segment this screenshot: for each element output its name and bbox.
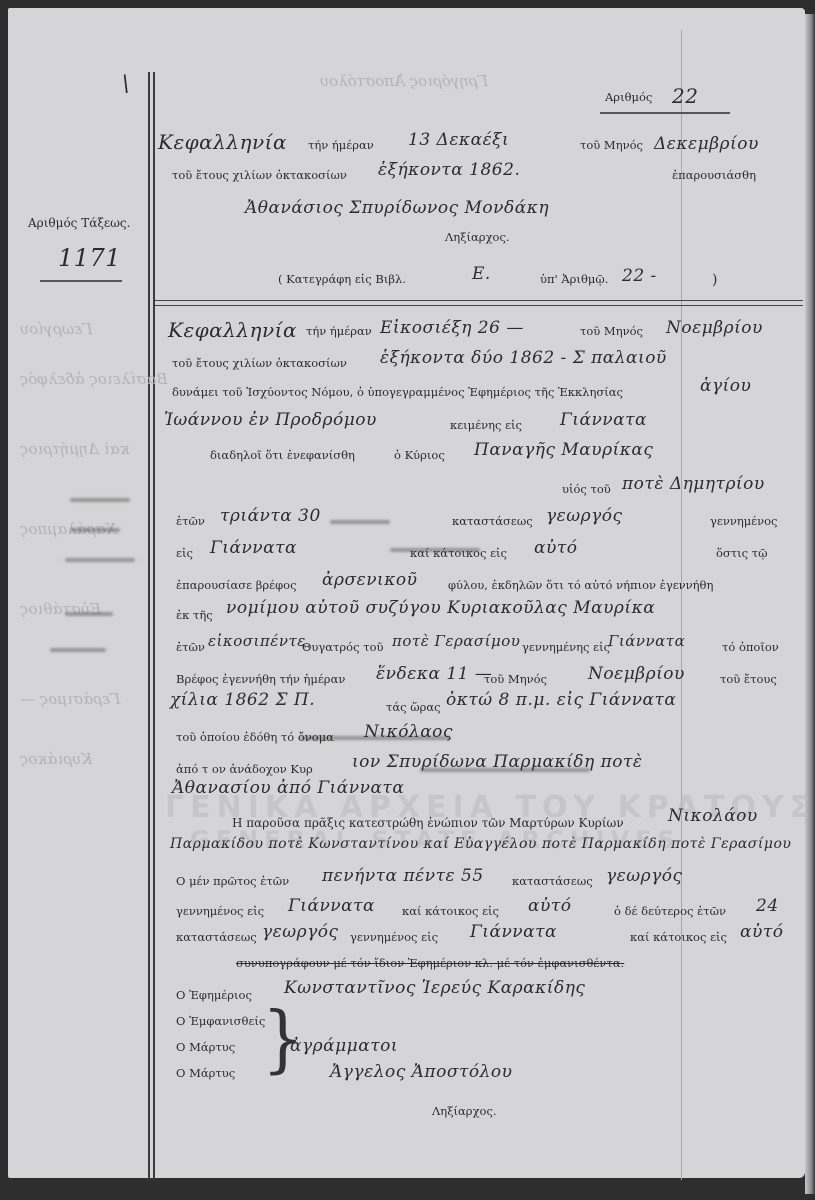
body-grandfather-name: ποτὲ Δημητρίου — [622, 474, 765, 494]
body-witness1-status-label: καταστάσεως — [512, 874, 593, 888]
header-month-value: Δεκεμβρίου — [654, 134, 759, 154]
body-witness1-born-value: Γιάννατα — [288, 896, 375, 916]
body-witness2-resident-value: αὐτό — [740, 922, 783, 942]
body-in-label: εἰς — [176, 546, 193, 560]
ink-smudge — [70, 528, 120, 532]
body-law-text: δυνάμει τοῦ Ἰσχύοντος Νόμου, ὁ ὑπογεγραμ… — [172, 385, 623, 399]
body-year-value: ἑξήκοντα δύο 1862 - Σ παλαιοῦ — [380, 348, 667, 368]
body-hour-label: τάς ὥρας — [386, 700, 441, 714]
registrar-signature: Ἀθανάσιος Σπυρίδωνος Μονδάκη — [245, 198, 549, 218]
section-divider — [155, 300, 803, 306]
bleed-through-text: Κυριάκος — [20, 750, 92, 768]
body-witness1-first: Νικολάου — [668, 806, 758, 826]
ink-smudge — [330, 520, 390, 524]
body-witness2-resident-label: καί κάτοικος εἰς — [630, 930, 727, 944]
body-day-value: Εἰκοσιέξη 26 — — [380, 318, 524, 338]
body-located-value: Γιάννατα — [560, 410, 647, 430]
witness2-label: Ο Μάρτυς — [176, 1066, 235, 1080]
ink-smudge — [50, 648, 106, 652]
body-godparent-name: ιον Σπυρίδωνα Παρμακίδη ποτὲ — [352, 752, 643, 772]
body-birthplace: Γιάννατα — [210, 538, 297, 558]
body-resident-value: αὐτό — [534, 538, 577, 558]
bleed-through-text: καὶ Δημήτριος — [20, 440, 130, 458]
body-daughter-label: Θυγατρός τοῦ — [302, 640, 383, 654]
ink-smudge — [65, 558, 135, 562]
serial-number-label: Αριθμός Τάξεως. — [28, 216, 130, 230]
body-mister-label: ὁ Κύριος — [394, 448, 445, 462]
body-witness1-born-label: γεννημένος εἰς — [176, 904, 264, 918]
body-status-label: καταστάσεως — [452, 514, 533, 528]
body-who-label: ὅστις τῷ — [716, 546, 767, 560]
appeared-label: Ο Ἐμφανισθείς — [176, 1014, 265, 1028]
body-year-label: τοῦ ἔτους χιλίων ὀκτακοσίων — [172, 356, 347, 370]
bleed-through-text: Βασίλειος ἀδελφός — [20, 370, 168, 388]
body-church-name: Ἰωάννου ἐν Προδρόμου — [164, 410, 377, 430]
body-month-label: τοῦ Μηνός — [580, 324, 643, 338]
registration-suffix: ) — [712, 272, 717, 288]
body-birth-year: χίλια 1862 Σ Π. — [170, 690, 315, 710]
priest-label: Ο Ἐφημέριος — [176, 988, 252, 1002]
body-struck-clause: συνυπογράφουν μέ τόν ἴδιον Ἐφημέριον κλ.… — [236, 956, 624, 970]
number-underline — [600, 112, 730, 114]
body-from-label: ἐκ τῆς — [176, 608, 213, 622]
body-located-label: κειμένης εἰς — [450, 418, 522, 432]
body-witness1-status-value: γεωργός — [606, 866, 683, 886]
body-witness-text: Η παροῦσα πρᾶξις κατεστρώθη ἐνώπιον τῶν … — [232, 816, 624, 830]
registrar-label-top: Ληξίαρχος. — [445, 230, 510, 244]
body-birth-date-label: Βρέφος ἐγεννήθη τήν ἡμέραν — [176, 672, 345, 686]
body-witness1-resident-label: καί κάτοικος εἰς — [402, 904, 499, 918]
record-number-value: 22 — [672, 84, 698, 108]
ink-smudge — [65, 612, 113, 616]
priest-signature: Κωνσταντῖνος Ἱερεύς Καρακίδης — [284, 978, 585, 998]
body-place: Κεφαλληνία — [168, 318, 297, 342]
header-month-label: τοῦ Μηνός — [580, 138, 643, 152]
body-witness2-age-label: ὁ δέ δεύτερος ἐτῶν — [614, 904, 726, 918]
header-day-label: τήν ήμέραν — [308, 138, 374, 152]
record-number-label: Αριθμός — [605, 90, 652, 104]
body-father-name: Παναγῆς Μαυρίκας — [474, 440, 653, 460]
body-witness2-status-value: γεωργός — [262, 922, 339, 942]
body-birth-year-label: τοῦ ἔτους — [720, 672, 777, 686]
body-resident-label: καί κάτοικος εἰς — [410, 546, 507, 560]
body-presented-label: ἐπαρουσίασε βρέφος — [176, 578, 297, 592]
header-day-value: 13 Δεκαέξι — [408, 130, 509, 150]
body-witness1-age-value: πενήντα πέντε 55 — [322, 866, 484, 886]
registration-book: Ε. — [472, 264, 491, 284]
body-mother-age-label: ἐτῶν — [176, 640, 205, 654]
body-child-name: Νικόλαος — [364, 722, 453, 742]
body-born-label: γεννημένος — [710, 514, 778, 528]
body-witness1-age-label: Ο μέν πρῶτος ἐτῶν — [176, 874, 289, 888]
registrar-label-bottom: Ληξίαρχος. — [432, 1104, 497, 1118]
body-name-label: τοῦ ὁποίου ἐδόθη τό ὄνομα — [176, 730, 334, 744]
body-godparent-label: ἀπό τ ον ἀνάδοχον Κυρ — [176, 762, 313, 776]
ink-smudge — [70, 498, 130, 502]
body-son-label: υἱός τοῦ — [562, 482, 611, 496]
bleed-through-text: Γρηγόριος Ἀποστόλου — [320, 72, 488, 90]
header-presented-label: ἐπαρουσιάσθη — [672, 168, 756, 182]
right-margin-rule — [681, 30, 682, 1180]
body-day-label: τήν ήμέραν — [306, 324, 372, 338]
header-year-value: ἑξήκοντα 1862. — [378, 160, 520, 180]
body-witnesses-names: Παρμακίδου ποτὲ Κωνσταντίνου καί Εὐαγγέλ… — [170, 836, 791, 852]
body-status-value: γεωργός — [546, 506, 623, 526]
witness1-label: Ο Μάρτυς — [176, 1040, 235, 1054]
body-birth-month: Νοεμβρίου — [588, 664, 685, 684]
body-age-label: ἐτῶν — [176, 514, 205, 528]
body-sex-label: φύλου, ἐκδηλῶν ὅτι τό αὐτό νήπιον ἐγεννή… — [448, 578, 713, 592]
body-sex-value: ἀρσενικοῦ — [322, 570, 417, 590]
registration-number-label: ὑπ' Ἀριθμῷ. — [540, 272, 608, 286]
body-godparent-origin: Ἀθανασίου ἀπό Γιάννατα — [172, 778, 404, 798]
body-birth-month-label: τοῦ Μηνός — [484, 672, 547, 686]
body-witness2-born-label: γεννημένος εἰς — [350, 930, 438, 944]
body-month-value: Νοεμβρίου — [666, 318, 763, 338]
bleed-through-text: Γεωργίου — [20, 320, 93, 338]
body-mother-age-value: εἰκοσιπέντε — [208, 632, 306, 650]
body-age-value: τριάντα 30 — [220, 506, 321, 526]
body-witness2-age-value: 24 — [756, 896, 779, 916]
body-birth-day: ἕνδεκα 11 — — [376, 664, 492, 684]
margin-mark: \ — [122, 72, 129, 97]
body-witness2-born-value: Γιάννατα — [470, 922, 557, 942]
header-place: Κεφαλληνία — [158, 130, 287, 154]
body-which-label: τό ὁποῖον — [722, 640, 779, 654]
serial-number-value: 1171 — [58, 244, 121, 272]
page-fold — [805, 14, 815, 1194]
body-hour-value: ὀκτώ 8 π.μ. εἰς Γιάννατα — [446, 690, 676, 710]
witness2-signature: Ἀγγελος Ἀποστόλου — [330, 1062, 512, 1082]
body-mother-born-label: γεννημένης εἰς — [522, 640, 610, 654]
margin-rule-outer — [148, 72, 150, 1180]
body-mother-name: νομίμου αὐτοῦ συζύγου Κυριακοῦλας Μαυρίκ… — [226, 598, 655, 618]
body-witness2-status-label: καταστάσεως — [176, 930, 257, 944]
registration-prefix: ( Κατεγράφη εἰς Βιβλ. — [278, 272, 406, 286]
bleed-through-text: Γεράσιμος — — [20, 690, 120, 708]
witness1-signature: ἀγράμματοι — [290, 1036, 398, 1056]
registration-number-value: 22 - — [622, 266, 657, 286]
body-declares-label: διαδηλοῖ ὅτι ἐνεφανίσθη — [210, 448, 355, 462]
register-page — [8, 8, 805, 1178]
margin-rule-inner — [153, 72, 155, 1180]
body-maternal-grandfather: ποτὲ Γερασίμου — [392, 632, 520, 650]
body-mother-born-value: Γιάννατα — [608, 632, 685, 650]
serial-underline — [40, 280, 122, 282]
body-witness1-resident-value: αὐτό — [528, 896, 571, 916]
body-church-saint: ἁγίου — [700, 376, 751, 396]
header-year-label: τοῦ ἔτους χιλίων ὀκτακοσίων — [172, 168, 347, 182]
